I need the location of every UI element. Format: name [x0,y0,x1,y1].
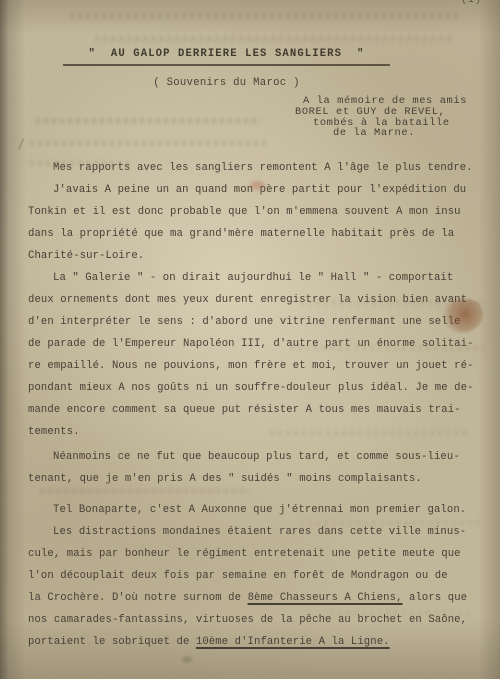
body-line: la Crochère. D'où notre surnom de 8ème C… [28,587,498,609]
bottom-smudge [182,656,192,663]
text-segment: Mes rapports avec les sangliers remonten… [53,162,473,174]
text-segment: Tel Bonaparte, c'est A Auxonne que j'étr… [53,504,466,516]
text-segment: dans la propriété que ma grand'mère mate… [28,228,454,240]
paragraph: Les distractions mondaines étaient rares… [28,521,498,653]
text-segment: alors que [403,592,468,604]
paragraph: La " Galerie " - on dirait aujourdhui le… [28,267,498,443]
text-segment: d'en interpréter le sens : d'abord une v… [28,316,461,328]
body-line: Tonkin et il est donc probable que l'on … [28,201,498,223]
paragraph: Néanmoins ce ne fut que beaucoup plus ta… [28,446,498,490]
body-line: pondant mieux A nos goûts ni un souffre-… [28,377,498,399]
text-segment: l'on découplait deux fois par semaine en… [28,570,448,582]
text-segment: de parade de l'Empereur Napoléon III, d'… [28,338,474,350]
document-subtitle: ( Souvenirs du Maroc ) [63,77,390,89]
body-line: d'en interpréter le sens : d'abord une v… [28,311,498,333]
body-line: J'avais A peine un an quand mon père par… [28,179,498,201]
body-line: tenant, que je m'en pris A des " suidés … [28,468,498,490]
document-page: (1) " AU GALOP DERRIERE LES SANGLIERS " … [0,0,500,679]
body-line: Les distractions mondaines étaient rares… [28,521,498,543]
text-segment: cule, mais par bonheur le régiment entre… [28,548,461,560]
body-line: cule, mais par bonheur le régiment entre… [28,543,498,565]
body-line: re empaillé. Nous ne pouvions, mon frère… [28,355,498,377]
paragraph: Mes rapports avec les sangliers remonten… [28,157,498,179]
paragraph: Tel Bonaparte, c'est A Auxonne que j'étr… [28,499,498,521]
dedication: A la mémoire de mes amisBOREL et GUY de … [295,96,467,139]
text-segment: La " Galerie " - on dirait aujourdhui le… [53,272,453,284]
dedication-line: de la Marne. [295,128,467,139]
body-line: nos camarades-fantassins, virtuoses de l… [28,609,498,631]
text-segment: portaient le sobriquet de [28,636,196,648]
text-segment: tenant, que je m'en pris A des " suidés … [28,473,422,485]
text-segment: re empaillé. Nous ne pouvions, mon frère… [28,360,474,372]
underlined-text: 10ème d'Infanterie A la Ligne. [196,636,390,648]
paragraph: J'avais A peine un an quand mon père par… [28,179,498,267]
text-segment: deux ornements dont mes yeux durent enre… [28,294,467,306]
text-segment: la Crochère. D'où notre surnom de [28,592,248,604]
body-line: Néanmoins ce ne fut que beaucoup plus ta… [28,446,498,468]
text-segment: Tonkin et il est donc probable que l'on … [28,206,461,218]
text-segment: Néanmoins ce ne fut que beaucoup plus ta… [53,451,460,463]
body-line: dans la propriété que ma grand'mère mate… [28,223,498,245]
title-block: " AU GALOP DERRIERE LES SANGLIERS " [63,48,390,66]
body-line: deux ornements dont mes yeux durent enre… [28,289,498,311]
body-line: de parade de l'Empereur Napoléon III, d'… [28,333,498,355]
body-line: Tel Bonaparte, c'est A Auxonne que j'étr… [28,499,498,521]
body-line: portaient le sobriquet de 10ème d'Infant… [28,631,498,653]
body-line: mande encore comment sa queue put résist… [28,399,498,421]
dedication-line: BOREL et GUY de REVEL, [295,107,467,118]
text-segment: mande encore comment sa queue put résist… [28,404,461,416]
document-title: " AU GALOP DERRIERE LES SANGLIERS " [63,48,390,60]
text-segment: Charité-sur-Loire. [28,250,144,262]
body-line: La " Galerie " - on dirait aujourdhui le… [28,267,498,289]
body-line: Mes rapports avec les sangliers remonten… [28,157,498,179]
text-segment: tements. [28,426,80,438]
underlined-text: 8ème Chasseurs A Chiens, [248,592,403,604]
margin-pencil-mark [10,134,24,149]
body-line: tements. [28,421,498,443]
body-text: Mes rapports avec les sangliers remonten… [28,157,498,653]
page-number: (1) [461,0,482,6]
text-segment: J'avais A peine un an quand mon père par… [53,184,466,196]
text-segment: nos camarades-fantassins, virtuoses de l… [28,614,467,626]
text-segment: Les distractions mondaines étaient rares… [53,526,466,538]
body-line: Charité-sur-Loire. [28,245,498,267]
text-segment: pondant mieux A nos goûts ni un souffre-… [28,382,474,394]
body-line: l'on découplait deux fois par semaine en… [28,565,498,587]
